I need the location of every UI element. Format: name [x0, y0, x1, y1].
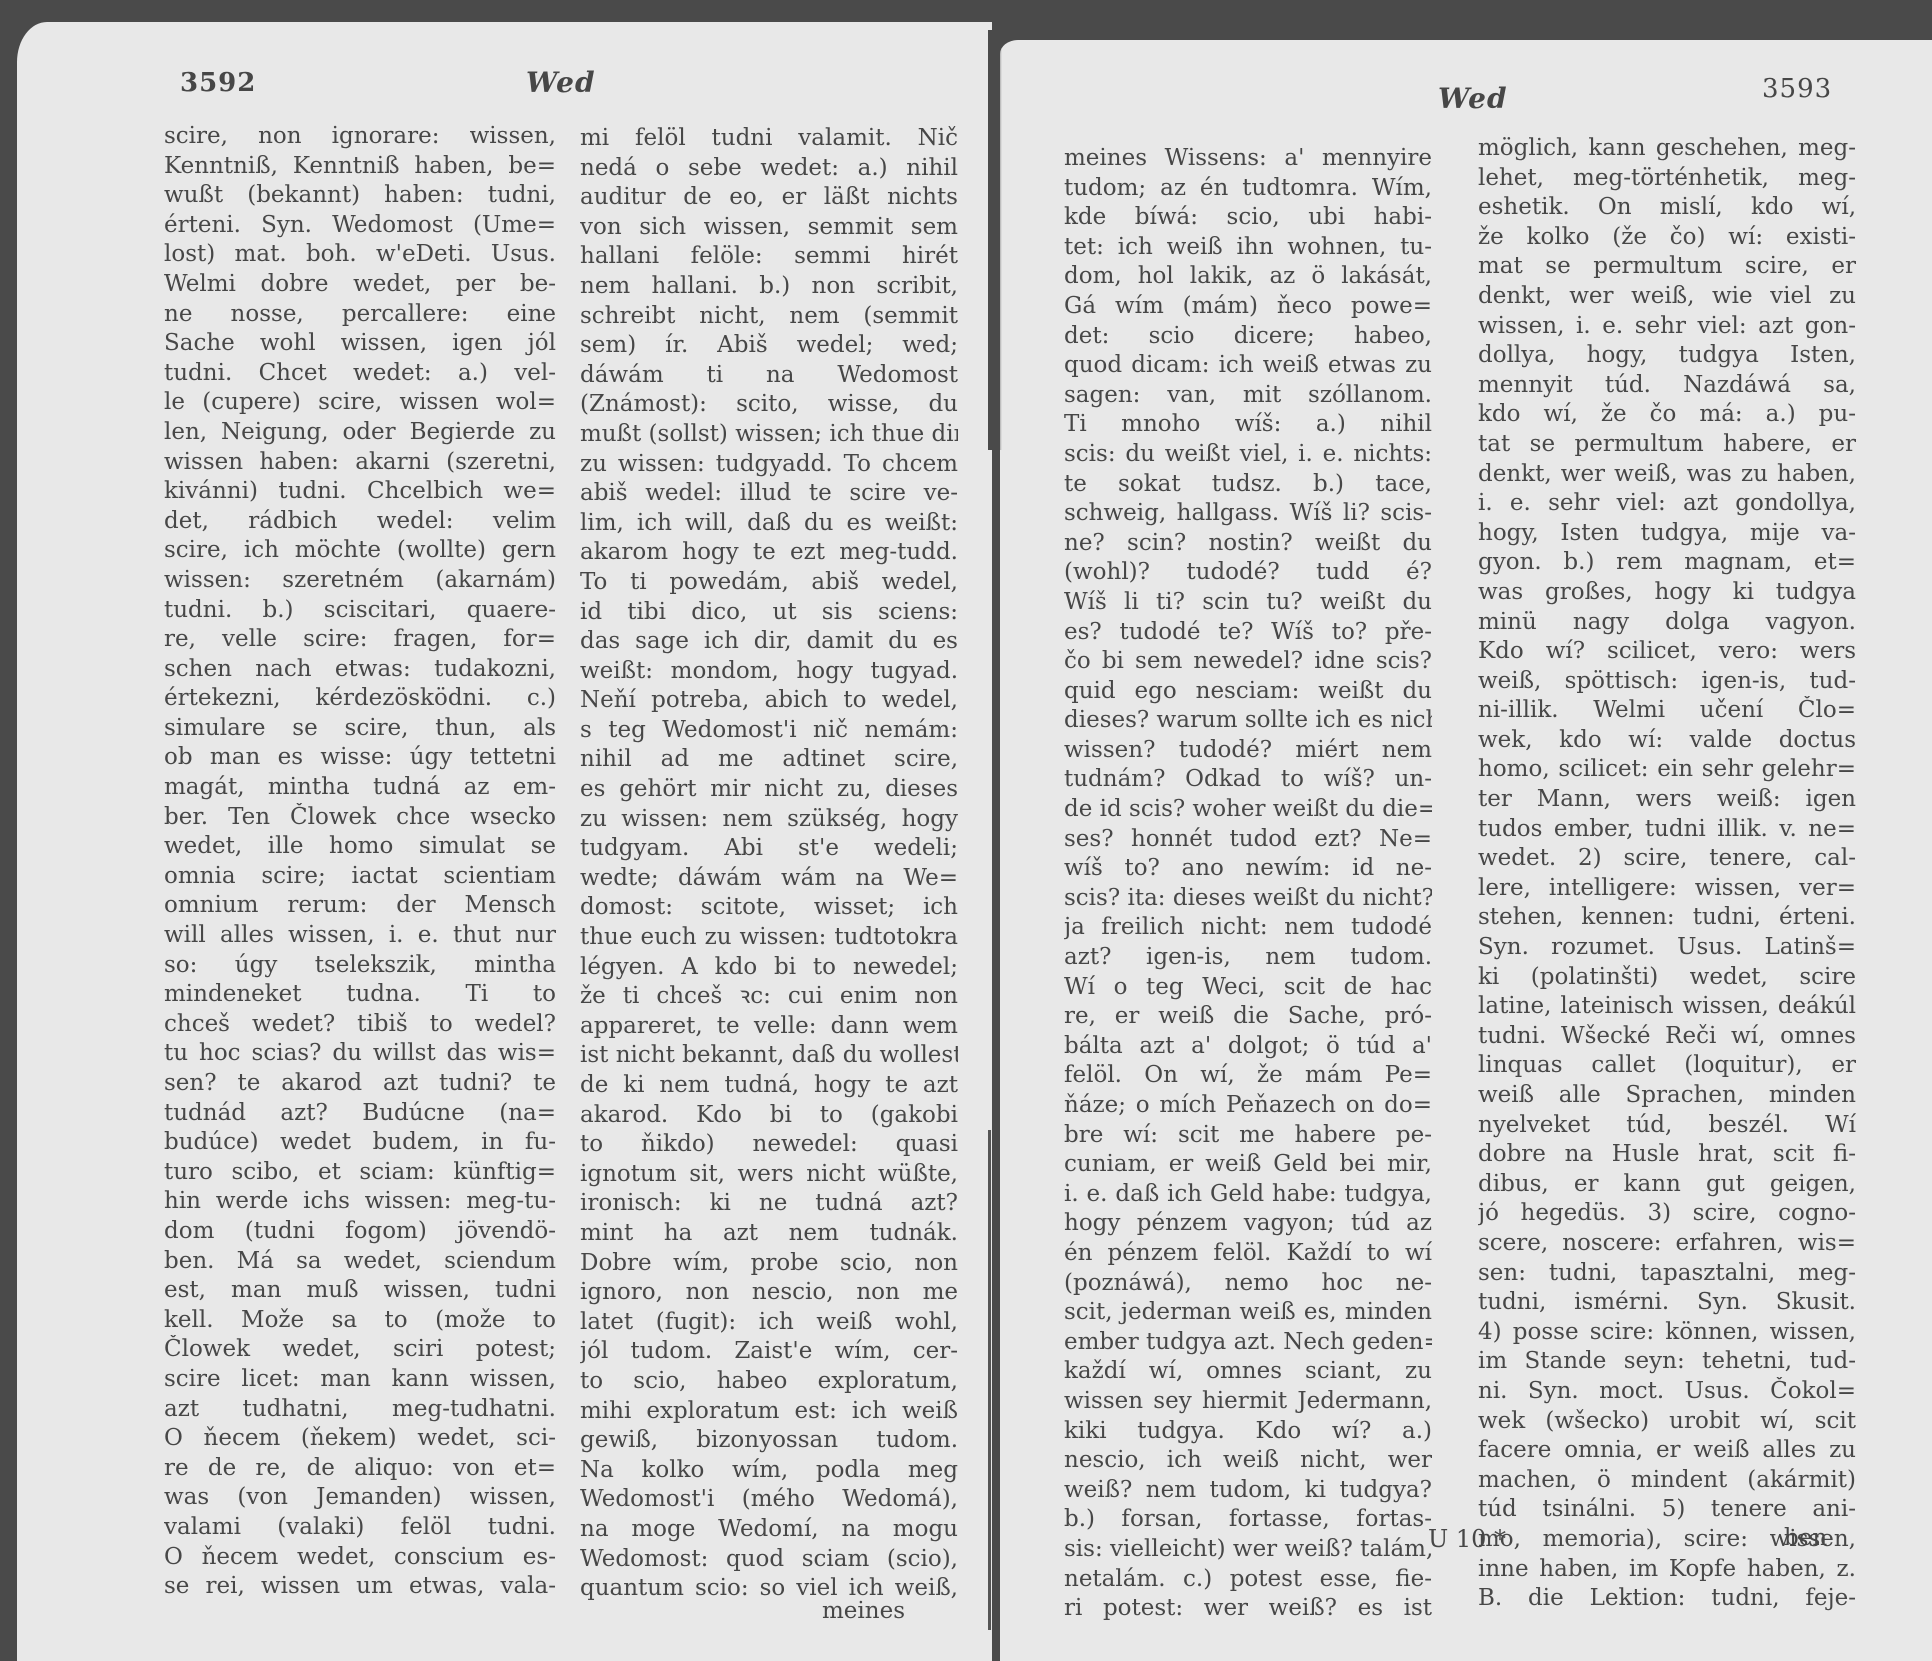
running-head-left: Wed	[526, 66, 596, 99]
text-line: te sokat tudsz. b.) tace,	[1064, 470, 1432, 500]
text-line: gewiß, bizonyossan tudom.	[580, 1426, 958, 1456]
text-line: hallani felöle: semmi hirét	[580, 242, 958, 272]
book-gutter	[988, 30, 1002, 450]
text-line: akarom hogy te ezt meg-tudd.	[580, 538, 958, 568]
text-line: dom, hol lakik, az ö lakását,	[1064, 262, 1432, 292]
running-head-right: Wed	[1438, 82, 1508, 115]
text-line: weiß alle Sprachen, minden	[1478, 1081, 1856, 1111]
text-line: čo bi sem newedel? idne scis?	[1064, 647, 1432, 677]
text-line: (wohl)? tudodé? tudd é?	[1064, 558, 1432, 588]
text-line: schreibt nicht, nem (semmit	[580, 302, 958, 332]
text-line: le (cupere) scire, wissen wol=	[164, 388, 556, 418]
text-column-3: meines Wissens: a' mennyiretudom; az én …	[1064, 144, 1432, 1624]
text-line: Wedomost'i (mého Wedomá),	[580, 1485, 958, 1515]
text-line: sagen: van, mit szóllanom.	[1064, 381, 1432, 411]
text-line: mat se permultum scire, er	[1478, 252, 1856, 282]
text-line: To ti powedám, abiš wedel,	[580, 568, 958, 598]
text-line: wissen? tudodé? miért nem	[1064, 736, 1432, 766]
text-line: domost: scitote, wisset; ich	[580, 893, 958, 923]
text-line: thue euch zu wissen: tudtotokra	[580, 923, 958, 953]
text-line: tudni. Wšecké Reči wí, omnes	[1478, 1022, 1856, 1052]
text-line: s teg Wedomost'i nič nemám:	[580, 716, 958, 746]
text-line: scire, ich möchte (wollte) gern	[164, 536, 556, 566]
text-line: O ňecem (ňekem) wedet, sci-	[164, 1424, 556, 1454]
text-line: Wíš li ti? scin tu? weißt du	[1064, 588, 1432, 618]
text-line: ses? honnét tudod ezt? Ne=	[1064, 825, 1432, 855]
text-line: ber. Ten Člowek chce wsecko	[164, 803, 556, 833]
text-line: Gá wím (mám) ňeco powe=	[1064, 292, 1432, 322]
text-line: sis: vielleicht) wer weiß? talám,	[1064, 1535, 1432, 1565]
text-line: (Známost): scito, wisse, du	[580, 390, 958, 420]
text-line: mennyit túd. Nazdáwá sa,	[1478, 371, 1856, 401]
text-line: tu hoc scias? du willst das wis=	[164, 1039, 556, 1069]
text-line: ni-illik. Welmi učení Člo=	[1478, 696, 1856, 726]
text-line: quid ego nesciam: weißt du	[1064, 677, 1432, 707]
text-line: lehet, meg-történhetik, meg-	[1478, 164, 1856, 194]
text-line: dollya, hogy, tudgya Isten,	[1478, 341, 1856, 371]
text-line: scire, non ignorare: wissen,	[164, 122, 556, 152]
text-line: gyon. b.) rem magnam, et=	[1478, 548, 1856, 578]
text-line: omnia scire; iactat scientiam	[164, 862, 556, 892]
text-line: dom (tudni fogom) jövendö-	[164, 1217, 556, 1247]
text-line: kell. Može sa to (može to	[164, 1306, 556, 1336]
text-line: wußt (bekannt) haben: tudni,	[164, 181, 556, 211]
catchword-right: ben	[1784, 1525, 1827, 1551]
text-line: dobre na Husle hrat, scit fi-	[1478, 1140, 1856, 1170]
text-line: B. die Lektion: tudni, feje-	[1478, 1584, 1856, 1614]
text-line: appareret, te velle: dann wem	[580, 1012, 958, 1042]
text-line: mußt (sollst) wissen; ich thue dir	[580, 420, 958, 450]
text-line: wedet. 2) scire, tenere, cal-	[1478, 844, 1856, 874]
text-line: nyelveket túd, beszél. Wí	[1478, 1111, 1856, 1141]
text-line: det: scio dicere; habeo,	[1064, 322, 1432, 352]
text-line: azt? igen-is, nem tudom.	[1064, 943, 1432, 973]
text-line: bre wí: scit me habere pe-	[1064, 1121, 1432, 1151]
text-line: wíš to? ano newím: id ne-	[1064, 854, 1432, 884]
text-line: akarod. Kdo bi to (gakobi	[580, 1101, 958, 1131]
text-line: scit, jederman weiß es, minden	[1064, 1298, 1432, 1328]
text-line: jól tudom. Zaist'e wím, cer-	[580, 1337, 958, 1367]
text-line: že ti chceš ꝛc: cui enim non	[580, 982, 958, 1012]
text-line: hin werde ichs wissen: meg-tu-	[164, 1187, 556, 1217]
text-line: valami (valaki) felöl tudni.	[164, 1513, 556, 1543]
text-line: b.) forsan, fortasse, fortas-	[1064, 1505, 1432, 1535]
text-line: tudni. Chcet wedet: a.) vel-	[164, 359, 556, 389]
text-line: tudni, ismérni. Syn. Skusit.	[1478, 1288, 1856, 1318]
text-line: budúce) wedet budem, in fu-	[164, 1128, 556, 1158]
text-line: túd tsinálni. 5) tenere ani-	[1478, 1495, 1856, 1525]
text-line: O ňecem wedet, conscium es-	[164, 1543, 556, 1573]
text-line: zu wissen: nem szükség, hogy	[580, 805, 958, 835]
text-line: ignoro, non nescio, non me	[580, 1278, 958, 1308]
text-line: facere omnia, er weiß alles zu	[1478, 1436, 1856, 1466]
text-line: das sage ich dir, damit du es	[580, 627, 958, 657]
text-line: meines Wissens: a' mennyire	[1064, 144, 1432, 174]
text-line: Kenntniß, Kenntniß haben, be=	[164, 152, 556, 182]
text-line: ne nosse, percallere: eine	[164, 300, 556, 330]
text-line: wissen sey hiermit Jedermann,	[1064, 1387, 1432, 1417]
text-line: Wedomost: quod sciam (scio),	[580, 1545, 958, 1575]
text-line: cuniam, er weiß Geld bei mir,	[1064, 1150, 1432, 1180]
text-line: dibus, er kann gut geigen,	[1478, 1170, 1856, 1200]
text-line: re, velle scire: fragen, for=	[164, 625, 556, 655]
text-line: denkt, wer weiß, was zu haben,	[1478, 460, 1856, 490]
text-line: so: úgy tselekszik, mintha	[164, 951, 556, 981]
text-line: ironisch: ki ne tudná azt?	[580, 1189, 958, 1219]
text-line: ember tudgya azt. Nech geden=	[1064, 1328, 1432, 1358]
text-line: kiki tudgya. Kdo wí? a.)	[1064, 1417, 1432, 1447]
catchword-left: meines	[822, 1598, 905, 1624]
text-line: re, er weiß die Sache, pró-	[1064, 1002, 1432, 1032]
text-line: lere, intelligere: wissen, ver=	[1478, 874, 1856, 904]
signature-mark: U 10 *	[1428, 1525, 1506, 1553]
text-line: scis? ita: dieses weißt du nicht?	[1064, 884, 1432, 914]
text-line: Dobre wím, probe scio, non	[580, 1249, 958, 1279]
text-line: Kdo wí? scilicet, vero: wers	[1478, 637, 1856, 667]
text-line: mint ha azt nem tudnák.	[580, 1219, 958, 1249]
text-line: felöl. On wí, že mám Pe=	[1064, 1061, 1432, 1091]
text-line: tudnád azt? Budúcne (na=	[164, 1099, 556, 1129]
text-line: minü nagy dolga vagyon.	[1478, 608, 1856, 638]
text-line: értekezni, kérdezösködni. c.)	[164, 684, 556, 714]
text-line: turo scibo, et sciam: künftig=	[164, 1158, 556, 1188]
text-line: (poznáwá), nemo hoc ne-	[1064, 1269, 1432, 1299]
text-line: scis: du weißt viel, i. e. nichts:	[1064, 440, 1432, 470]
text-line: wissen haben: akarni (szeretni,	[164, 448, 556, 478]
text-line: to ňikdo) newedel: quasi	[580, 1130, 958, 1160]
text-line: scere, noscere: erfahren, wis=	[1478, 1229, 1856, 1259]
text-line: tudom; az én tudtomra. Wím,	[1064, 174, 1432, 204]
text-line: sen? te akarod azt tudni? te	[164, 1069, 556, 1099]
text-line: ja freilich nicht: nem tudodé	[1064, 913, 1432, 943]
text-line: Welmi dobre wedet, per be-	[164, 270, 556, 300]
text-line: wek (wšecko) urobit wí, scit	[1478, 1407, 1856, 1437]
text-line: de ki nem tudná, hogy te azt	[580, 1071, 958, 1101]
text-line: sem) ír. Abiš wedel; wed;	[580, 331, 958, 361]
text-line: inne haben, im Kopfe haben, z.	[1478, 1555, 1856, 1585]
text-line: ri potest: wer weiß? es ist	[1064, 1594, 1432, 1624]
text-line: tudos ember, tudni illik. v. ne=	[1478, 815, 1856, 845]
text-line: wedte; dáwám wám na We=	[580, 864, 958, 894]
text-line: Na kolko wím, podla meg	[580, 1456, 958, 1486]
text-line: ne? scin? nostin? weißt du	[1064, 529, 1432, 559]
text-line: simulare se scire, thun, als	[164, 714, 556, 744]
text-line: ňáze; o mích Peňazech on do=	[1064, 1091, 1432, 1121]
text-line: linquas callet (loquitur), er	[1478, 1051, 1856, 1081]
text-line: kdo wí, že čo má: a.) pu-	[1478, 400, 1856, 430]
text-line: Člowek wedet, sciri potest;	[164, 1335, 556, 1365]
text-line: tudnám? Odkad to wíš? un-	[1064, 765, 1432, 795]
text-line: ter Mann, wers weiß: igen	[1478, 785, 1856, 815]
text-column-1: scire, non ignorare: wissen,Kenntniß, Ke…	[164, 122, 556, 1602]
text-line: na moge Wedomí, na mogu	[580, 1515, 958, 1545]
text-line: 4) posse scire: können, wissen,	[1478, 1318, 1856, 1348]
text-line: wissen: szeretném (akarnám)	[164, 566, 556, 596]
text-line: chceš wedet? tibiš to wedel?	[164, 1010, 556, 1040]
text-line: es gehört mir nicht zu, dieses	[580, 775, 958, 805]
text-line: Ti mnoho wíš: a.) nihil	[1064, 410, 1432, 440]
text-line: weißt: mondom, hogy tugyad.	[580, 657, 958, 687]
text-line: hogy, Isten tudgya, mije va-	[1478, 519, 1856, 549]
text-line: ignotum sit, wers nicht wüßte,	[580, 1160, 958, 1190]
text-line: magát, mintha tudná az em-	[164, 773, 556, 803]
text-line: légyen. A kdo bi to newedel;	[580, 953, 958, 983]
text-line: wedet, ille homo simulat se	[164, 832, 556, 862]
text-line: kivánni) tudni. Chcelbich we=	[164, 477, 556, 507]
text-line: es? tudodé te? Wíš to? pře-	[1064, 618, 1432, 648]
text-line: weiß, spöttisch: igen-is, tud-	[1478, 667, 1856, 697]
text-line: quod dicam: ich weiß etwas zu	[1064, 351, 1432, 381]
text-line: re de re, de aliquo: von et=	[164, 1454, 556, 1484]
text-line: každí wí, omnes sciant, zu	[1064, 1357, 1432, 1387]
text-line: denkt, wer weiß, wie viel zu	[1478, 282, 1856, 312]
text-line: omnium rerum: der Mensch	[164, 891, 556, 921]
text-line: jó hegedüs. 3) scire, cogno-	[1478, 1199, 1856, 1229]
text-line: i. e. sehr viel: azt gondollya,	[1478, 489, 1856, 519]
text-line: érteni. Syn. Wedomost (Ume=	[164, 211, 556, 241]
text-line: to scio, habeo exploratum,	[580, 1367, 958, 1397]
text-line: én pénzem felöl. Každí to wí	[1064, 1239, 1432, 1269]
text-line: ki (polatinšti) wedet, scire	[1478, 963, 1856, 993]
text-line: auditur de eo, er läßt nichts	[580, 183, 958, 213]
text-line: azt tudhatni, meg-tudhatni.	[164, 1395, 556, 1425]
text-line: hogy pénzem vagyon; túd az	[1064, 1209, 1432, 1239]
text-line: nem hallani. b.) non scribit,	[580, 272, 958, 302]
text-line: eshetik. On mislí, kdo wí,	[1478, 193, 1856, 223]
text-line: mi felöl tudni valamit. Nič	[580, 124, 958, 154]
text-line: ni. Syn. moct. Usus. Čokol=	[1478, 1377, 1856, 1407]
text-line: abiš wedel: illud te scire ve-	[580, 479, 958, 509]
text-line: Wí o teg Weci, scit de hac	[1064, 973, 1432, 1003]
text-line: wek, kdo wí: valde doctus	[1478, 726, 1856, 756]
text-line: schen nach etwas: tudakozni,	[164, 655, 556, 685]
text-line: se rei, wissen um etwas, vala-	[164, 1572, 556, 1602]
text-line: že kolko (že čo) wí: existi-	[1478, 223, 1856, 253]
text-line: tet: ich weiß ihn wohnen, tu-	[1064, 233, 1432, 263]
text-line: len, Neigung, oder Begierde zu	[164, 418, 556, 448]
text-line: was großes, hogy ki tudgya	[1478, 578, 1856, 608]
text-line: mihi exploratum est: ich weiß	[580, 1397, 958, 1427]
text-line: homo, scilicet: ein sehr gelehr=	[1478, 755, 1856, 785]
text-line: von sich wissen, semmit sem	[580, 213, 958, 243]
text-line: id tibi dico, ut sis sciens:	[580, 598, 958, 628]
text-line: schweig, hallgass. Wíš li? scis-	[1064, 499, 1432, 529]
text-line: machen, ö mindent (akármit)	[1478, 1466, 1856, 1496]
text-line: was (von Jemanden) wissen,	[164, 1483, 556, 1513]
text-line: det, rádbich wedel: velim	[164, 507, 556, 537]
text-line: de id scis? woher weißt du die=	[1064, 795, 1432, 825]
text-line: ob man es wisse: úgy tettetni	[164, 743, 556, 773]
page-number-left: 3592	[180, 68, 256, 98]
text-line: i. e. daß ich Geld habe: tudgya,	[1064, 1180, 1432, 1210]
text-line: mindeneket tudna. Ti to	[164, 980, 556, 1010]
text-line: im Stande seyn: tehetni, tud-	[1478, 1347, 1856, 1377]
text-line: zu wissen: tudgyadd. To chcem	[580, 450, 958, 480]
text-line: sen: tudni, tapasztalni, meg-	[1478, 1259, 1856, 1289]
text-line: lim, ich will, daß du es weißt:	[580, 509, 958, 539]
text-line: ben. Má sa wedet, sciendum	[164, 1247, 556, 1277]
text-line: dáwám ti na Wedomost	[580, 361, 958, 391]
text-column-4: möglich, kann geschehen, meg-lehet, meg-…	[1478, 134, 1856, 1614]
text-line: netalám. c.) potest esse, fie-	[1064, 1565, 1432, 1595]
text-line: stehen, kennen: tudni, érteni.	[1478, 903, 1856, 933]
text-line: Sache wohl wissen, igen jól	[164, 329, 556, 359]
text-line: will alles wissen, i. e. thut nur	[164, 921, 556, 951]
text-line: tudni. b.) sciscitari, quaere-	[164, 596, 556, 626]
book-spine-shadow	[988, 1130, 991, 1630]
text-line: est, man muß wissen, tudni	[164, 1276, 556, 1306]
text-line: kde bíwá: scio, ubi habi-	[1064, 203, 1432, 233]
text-line: tat se permultum habere, er	[1478, 430, 1856, 460]
text-line: dieses? warum sollte ich es nicht	[1064, 706, 1432, 736]
text-line: lost) mat. boh. w'eDeti. Usus.	[164, 240, 556, 270]
text-column-2: mi felöl tudni valamit. Ničnedá o sebe w…	[580, 124, 958, 1604]
text-line: Syn. rozumet. Usus. Latinš=	[1478, 933, 1856, 963]
text-line: bálta azt a' dolgot; ö túd a'	[1064, 1032, 1432, 1062]
text-line: nedá o sebe wedet: a.) nihil	[580, 154, 958, 184]
text-line: latet (fugit): ich weiß wohl,	[580, 1308, 958, 1338]
text-line: nescio, ich weiß nicht, wer	[1064, 1446, 1432, 1476]
text-line: nihil ad me adtinet scire,	[580, 745, 958, 775]
text-line: möglich, kann geschehen, meg-	[1478, 134, 1856, 164]
text-line: scire licet: man kann wissen,	[164, 1365, 556, 1395]
text-line: latine, lateinisch wissen, deákúl	[1478, 992, 1856, 1022]
text-line: ist nicht bekannt, daß du wollest:	[580, 1041, 958, 1071]
text-line: wissen, i. e. sehr viel: azt gon-	[1478, 312, 1856, 342]
text-line: Neňí potreba, abich to wedel,	[580, 686, 958, 716]
page-number-right: 3593	[1762, 74, 1832, 104]
text-line: weiß? nem tudom, ki tudgya?	[1064, 1476, 1432, 1506]
text-line: tudgyam. Abi st'e wedeli;	[580, 834, 958, 864]
